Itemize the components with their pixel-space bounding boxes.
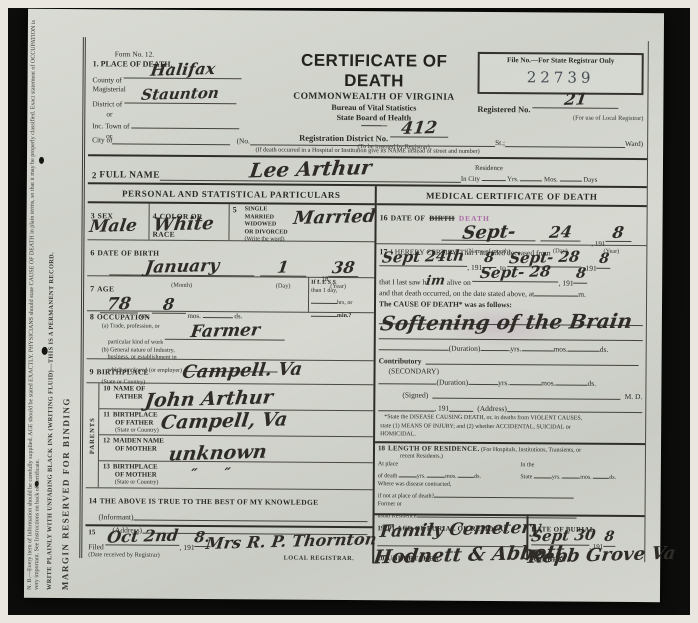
cause-of-death-handwriting: Softening of the Brain (379, 311, 634, 334)
mother-bp-ditto-handwriting: ″ ″ (190, 467, 231, 482)
blank-line (311, 295, 337, 304)
dod-number: 16 (380, 213, 388, 222)
parents-side-label-cell: PARENTS (86, 383, 100, 487)
length-of-residence-row: 18LENGTH OF RESIDENCE. (For Hospitals, I… (375, 441, 645, 515)
inc-town-label: Inc. Town of (92, 121, 129, 130)
father-name-row: 10NAME OF FATHER John Arthur (99, 383, 373, 411)
age-less-than-day-cell: If L E S S than 1 day, hrs, or min.? (308, 278, 374, 312)
burial-place-cell: 19PLACE OF BURIAL OR REMOVAL Family Ceme… (374, 515, 526, 560)
margin-note-nb: N. B.—Every item of Information should b… (27, 17, 47, 590)
full-name-row: 2 FULL NAME Lee Arthur Residence In City… (88, 154, 647, 188)
bureau-subtitle: Bureau of Vital Statistics (270, 102, 477, 112)
file-number-box: File No.—For State Registrar Only 22739 (477, 52, 643, 95)
duration-yrs-2: yrs. (498, 378, 509, 387)
title-block: CERTIFICATE OF DEATH COMMONWEALTH OF VIR… (270, 50, 478, 135)
file-number-label: File No.—For State Registrar Only (483, 56, 639, 65)
dod-birth-struck-label: BIRTH (429, 214, 454, 223)
registered-no-value-handwriting: 21 (564, 91, 588, 108)
blank-line (568, 343, 600, 352)
registered-no-note: (For use of Local Registrar) (477, 114, 643, 122)
full-name-label: FULL NAME (99, 170, 160, 180)
blank-line (482, 172, 506, 181)
dob-year-handwriting: 38 (331, 260, 355, 277)
filed-date-handwriting: Oct 2nd (106, 528, 179, 546)
dob-day-handwriting: 1 (277, 259, 290, 275)
blank-line (378, 375, 436, 384)
form-columns: PERSONAL AND STATISTICAL PARTICULARS 3SE… (85, 184, 647, 565)
residence-block: Residence In City Yrs. Mos. Days (461, 165, 643, 184)
blank-line (562, 470, 580, 479)
personal-particulars-column: PERSONAL AND STATISTICAL PARTICULARS 3SE… (85, 184, 375, 563)
certify-text-3: and that death occurred, on the date sta… (379, 288, 534, 298)
blank-line (449, 403, 473, 412)
age-number: 7 (90, 284, 94, 293)
margin-note-write-plainly: WRITE PLAINLY WITH UNFADING BLACK INK (W… (46, 17, 61, 590)
res-mos-label: mos. (445, 474, 457, 480)
blank-line (427, 469, 445, 478)
blank-line (534, 287, 578, 296)
truth-number: 14 (89, 496, 97, 505)
m-label: m. (578, 290, 586, 299)
certify-text-2: that I last saw h (379, 277, 426, 286)
truth-statement: THE ABOVE IS TRUE TO THE BEST OF MY KNOW… (100, 496, 319, 507)
occupation-value-handwriting: Farmer (189, 322, 260, 341)
marital-value-handwriting: Married (292, 208, 376, 228)
blank-line (556, 376, 588, 385)
contracted-label-2: if not at place of death? (378, 493, 435, 499)
certify-text-2b: alive on (447, 278, 471, 287)
street-label: St.; (495, 138, 505, 147)
blank-line (131, 119, 239, 129)
photo-frame: N. B.—Every item of Information should b… (0, 0, 698, 623)
ward-label: Ward) (625, 139, 643, 148)
father-bp-label-1: BIRTHPLACE (113, 411, 158, 418)
binding-margin-notes: N. B.—Every item of Information should b… (27, 17, 81, 590)
burial-date-cell: DATE OF BURIAL Sept 30, 1918 ADDRESS Rep… (526, 516, 644, 561)
registrar-signature-handwriting: Mrs R. P. Thornton (205, 531, 378, 552)
sex-race-marital-row: 3SEX Male 4COLOR OR RACE White 5 SINGLE … (87, 203, 374, 242)
personal-column-header: PERSONAL AND STATISTICAL PARTICULARS (88, 184, 375, 205)
blank-line (378, 402, 434, 411)
duration-label-2: (Duration) (436, 378, 468, 387)
divider (361, 125, 387, 126)
informant-row: 14THE ABOVE IS TRUE TO THE BEST OF MY KN… (85, 488, 372, 528)
age-hrs-label: hrs, or (337, 300, 352, 306)
age-main-cell: 7AGE 78 yrs. 8 mos. ds. (87, 276, 308, 312)
duration-mos: mos. (553, 344, 567, 353)
in-city-label: In City (461, 176, 480, 183)
county-label: County of (93, 75, 122, 84)
mos-label: Mos. (544, 176, 558, 183)
mother-number: 12 (103, 436, 110, 444)
last-saw-date-handwriting: Sept- 28 (479, 264, 551, 281)
date-of-death-row: 16DATE OF BIRTH DEATH Sept- (Name of mon… (376, 205, 646, 246)
birthplace-number: 9 (90, 367, 94, 376)
yrs-label: Yrs. (507, 176, 519, 183)
occupation-a-line2: particular kind of work (108, 339, 164, 345)
death-certificate-document: N. B.—Every item of Information should b… (24, 9, 664, 602)
burial-place-handwriting: Family Cemetery (379, 519, 542, 540)
residence-number: 18 (378, 444, 385, 452)
district-label: District of (92, 99, 122, 108)
father-name-handwriting: John Arthur (144, 388, 274, 411)
father-bp-handwriting: Campell, Va (160, 410, 289, 432)
dod-year-handwriting: 8 (612, 225, 625, 241)
blank-line (560, 173, 582, 182)
file-number-block: File No.—For State Registrar Only 22739 … (477, 52, 648, 137)
blank-line (426, 356, 639, 366)
father-birthplace-row: 11BIRTHPLACE OF FATHER (State or Country… (99, 409, 373, 437)
dob-number: 6 (90, 248, 94, 257)
cause-of-death-area: Softening of the Brain (379, 309, 643, 343)
age-row: 7AGE 78 yrs. 8 mos. ds. If L E S S than … (87, 276, 374, 313)
father-bp-number: 11 (103, 410, 110, 418)
mother-maiden-name-row: 12MAIDEN NAME OF MOTHER unknown (99, 435, 373, 463)
sex-cell: 3SEX Male (87, 203, 149, 239)
parents-label: PARENTS (88, 417, 95, 454)
birthplace-label: BIRTHPLACE (96, 367, 148, 376)
residence-length-label: LENGTH OF RESIDENCE. (388, 444, 480, 453)
date-of-birth-row: 6DATE OF BIRTH January (Month) 1 (Day) ,… (87, 240, 374, 278)
burial-year-handwriting: 8 (604, 529, 616, 543)
res-ds-label: ds. (474, 474, 481, 480)
father-number: 10 (103, 384, 110, 392)
dod-month-handwriting: Sept- (461, 223, 516, 242)
marital-note: (Write the word) (244, 236, 371, 244)
days-label: Days (583, 177, 597, 184)
burial-undertaker-row: 19PLACE OF BURIAL OR REMOVAL Family Ceme… (374, 513, 644, 561)
mother-bp-number: 13 (103, 462, 110, 470)
father-label-1: NAME OF (113, 385, 145, 392)
informant-label: (Informant) (98, 511, 133, 522)
medical-column-header: MEDICAL CERTIFICATE OF DEATH (377, 186, 647, 207)
md-label: M. D. (625, 391, 643, 402)
street-no-label: (No. (237, 136, 250, 145)
year3-handwriting: 8 (575, 267, 587, 281)
certificate-form: Form No. 12. 1. PLACE OF DEATH. County o… (79, 37, 649, 562)
form-header: Form No. 12. 1. PLACE OF DEATH. County o… (88, 37, 648, 137)
res-yrs-label: yrs. (417, 474, 426, 480)
signed-address-label: (Address) (477, 403, 507, 414)
mother-name-handwriting: unknown (167, 443, 267, 465)
him-handwriting: im (425, 274, 445, 288)
county-value-handwriting: Halifax (149, 61, 216, 79)
file-number-stamp: 22739 (483, 68, 639, 87)
dod-day-handwriting: 24 (548, 224, 572, 241)
state-mos-label: mos. (580, 475, 592, 481)
year2-handwriting: 8 (598, 252, 610, 266)
medical-certificate-column: MEDICAL CERTIFICATE OF DEATH 16DATE OF B… (372, 186, 647, 565)
mother-label-1: MAIDEN NAME (113, 437, 164, 444)
registration-district-value-handwriting: 412 (400, 120, 438, 138)
blank-line (133, 512, 367, 523)
dod-century-print: , 191 (591, 240, 605, 248)
dod-label: DATE OF (391, 213, 426, 222)
mother-bp-label-1: BIRTHPLACE (113, 463, 158, 470)
duration-mos-2: mos. (541, 378, 555, 387)
age-label: AGE (97, 284, 114, 293)
marital-cell: 5 SINGLE MARRIED WIDOWED OR DIVORCED (Wr… (229, 204, 374, 241)
attended-from-handwriting: Sept 24th (381, 248, 465, 265)
local-registrar-label: LOCAL REGISTRAR. (284, 555, 355, 562)
registered-no-label: Registered No. (477, 104, 530, 114)
blank-line (468, 376, 498, 385)
state-label: State (520, 474, 532, 480)
mother-bp-note: (State or Country) (103, 479, 373, 488)
parents-section: PARENTS 10NAME OF FATHER John Arthur 11B… (86, 383, 374, 490)
contributory-label: Contributory (379, 355, 422, 366)
blank-line (593, 470, 609, 479)
dob-label: DATE OF BIRTH (97, 248, 159, 257)
full-name-number: 2 (92, 170, 97, 180)
state-yrs-label: yrs. (552, 474, 561, 480)
blank-line (507, 403, 642, 413)
blank-line (458, 469, 474, 478)
filed-label: Filed (88, 542, 103, 551)
duration-ds: ds. (600, 345, 609, 354)
of-death-label: of death (378, 473, 398, 479)
blank-line (505, 138, 625, 148)
blank-line (399, 468, 417, 477)
birthplace-value-handwriting: Campell. Va (181, 361, 303, 382)
blank-line (113, 135, 231, 145)
blank-line (520, 172, 542, 181)
blank-line (509, 376, 541, 385)
margin-note-binding: MARGIN RESERVED FOR BINDING (60, 17, 77, 590)
age-months-handwriting: 8 (162, 297, 175, 313)
mother-birthplace-row: 13BIRTHPLACE OF MOTHER (State or Country… (99, 461, 373, 489)
birthplace-row: 9BIRTHPLACE (State or Country) Campell. … (86, 359, 373, 385)
race-value-handwriting: White (152, 215, 215, 235)
full-name-value-handwriting: Lee Arthur (248, 157, 373, 180)
filed-row: 15 Filed Oct 2nd, 1918. (Date received b… (85, 526, 372, 563)
occupation-label: OCCUPATION (97, 312, 150, 321)
occupation-row: 8OCCUPATION (a) Trade, profession, or pa… (87, 311, 374, 361)
undertaker-address-handwriting: Repb Grove Va (527, 544, 677, 566)
footnote-line-3: HOMICIDAL. (378, 430, 642, 440)
marital-number: 5 (233, 206, 237, 214)
blank-line (379, 341, 449, 350)
blank-line (432, 390, 620, 400)
blank-line (534, 469, 552, 478)
certificate-title: CERTIFICATE OF DEATH (270, 50, 477, 91)
signed-label: (Signed) (402, 389, 428, 400)
blank-line (250, 136, 495, 147)
footer-year-print: , 191 (434, 403, 449, 414)
board-subtitle: State Board of Health (270, 112, 477, 122)
duration-ds-2: ds. (588, 379, 597, 388)
residence-note-1: (For Hospitals, Institutions, Transients… (481, 446, 581, 453)
city-of-label: City of (92, 135, 113, 144)
place-of-death-block: Form No. 12. 1. PLACE OF DEATH. County o… (88, 49, 271, 134)
commonwealth-subtitle: COMMONWEALTH OF VIRGINIA (270, 91, 477, 102)
blank-line (434, 489, 574, 499)
dob-month-handwriting: January (144, 258, 220, 277)
district-value-handwriting: Staunton (140, 86, 219, 103)
occupation-number: 8 (90, 312, 94, 321)
sex-value-handwriting: Male (88, 218, 138, 236)
state-ds-label: ds. (609, 475, 616, 481)
dod-year-caption: (Year) (583, 248, 639, 255)
race-cell: 4COLOR OR RACE White (149, 204, 229, 241)
century-print-3: , 191 (559, 278, 574, 287)
